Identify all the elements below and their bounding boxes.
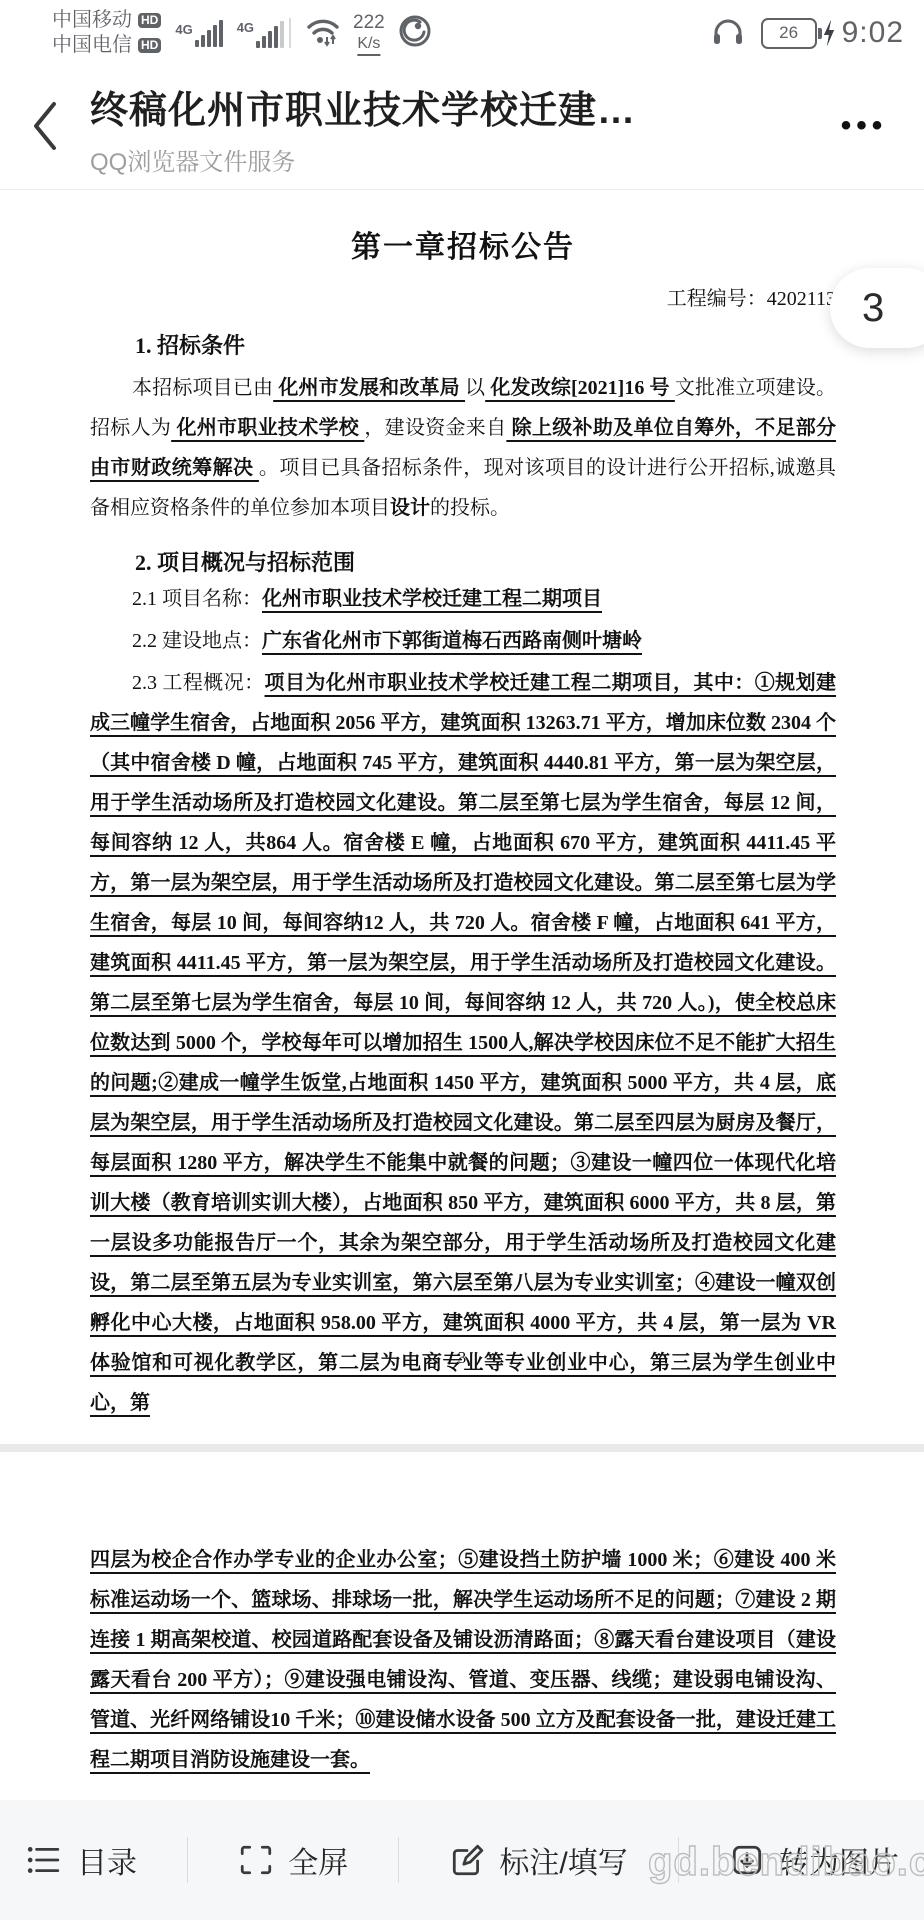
convert-to-image-label: 转为图片 — [779, 1838, 899, 1882]
toolbar-divider — [398, 1837, 399, 1883]
document-title: 终稿化州市职业技术学校迁建… — [90, 79, 804, 134]
chapter-title: 第一章招标公告 — [90, 222, 836, 266]
toc-icon — [25, 1843, 63, 1877]
toolbar-divider — [187, 1837, 188, 1883]
document-viewport[interactable]: 第一章招标公告 工程编号：4202113 1. 招标条件 本招标项目已由 化州市… — [0, 190, 924, 1800]
text-segment: 以 — [465, 377, 485, 399]
back-button[interactable] — [0, 62, 90, 189]
network-speed: 222 K/s — [353, 12, 385, 54]
screen: 中国移动 HD 中国电信 HD 4G 4G — [0, 0, 924, 1920]
charging-bolt-icon — [822, 20, 836, 46]
floating-page-number: 3 — [862, 286, 884, 331]
page-separator — [0, 1444, 924, 1452]
convert-to-image-button[interactable]: 转为图片 — [729, 1838, 899, 1882]
fullscreen-icon — [238, 1843, 274, 1877]
project-location-line: 2.2 建设地点：广东省化州市下郭街道梅石西路南侧叶塘岭 — [90, 621, 836, 661]
hd-badge: HD — [138, 38, 161, 53]
carrier1-label: 中国移动 — [52, 8, 132, 33]
carrier2-label: 中国电信 — [52, 33, 132, 58]
text-segment: ，建设资金来自 — [364, 417, 506, 439]
document-source-label: QQ浏览器文件服务 — [90, 142, 804, 177]
more-menu-button[interactable]: ••• — [804, 62, 924, 189]
toc-label: 目录 — [77, 1838, 137, 1882]
project-name-line: 2.1 项目名称：化州市职业技术学校迁建工程二期项目 — [90, 579, 836, 619]
floating-page-indicator[interactable]: 3 — [830, 268, 924, 348]
signal-bars-icon: 4G — [237, 18, 291, 48]
annotate-icon — [449, 1843, 485, 1877]
music-app-icon — [397, 13, 433, 54]
battery-percent: 26 — [779, 23, 798, 43]
document-page-2: 四层为校企合作办学专业的企业办公室；⑤建设挡土防护墙 1000 米；⑥建设 40… — [0, 1452, 924, 1800]
page-number-footer: 3 — [0, 1348, 924, 1368]
toc-button[interactable]: 目录 — [25, 1838, 137, 1882]
wifi-icon — [305, 15, 341, 52]
fullscreen-label: 全屏 — [288, 1838, 348, 1882]
tender-conditions-paragraph: 本招标项目已由 化州市发展和改革局 以 化发改综[2021]16 号 文批准立项… — [90, 368, 836, 528]
battery-indicator: 26 — [761, 18, 836, 49]
text-segment: 的投标。 — [430, 497, 510, 519]
project-number: 工程编号：4202113 — [90, 282, 836, 311]
app-header: 终稿化州市职业技术学校迁建… QQ浏览器文件服务 ••• — [0, 62, 924, 190]
hd-badge: HD — [138, 13, 161, 28]
annotate-label: 标注/填写 — [499, 1838, 627, 1882]
text-segment: 设计 — [390, 497, 430, 519]
carrier-labels: 中国移动 HD 中国电信 HD — [52, 8, 161, 58]
annotate-button[interactable]: 标注/填写 — [449, 1838, 627, 1882]
signal-bars-icon: 4G — [175, 20, 222, 47]
text-segment: 化州市职业技术学校 — [171, 417, 364, 439]
convert-to-image-icon — [729, 1843, 765, 1877]
section-2-heading: 2. 项目概况与招标范围 — [90, 546, 836, 577]
fullscreen-button[interactable]: 全屏 — [238, 1838, 348, 1882]
bottom-toolbar: 目录 全屏 标注/填写 转为 — [0, 1800, 924, 1920]
status-bar: 中国移动 HD 中国电信 HD 4G 4G — [0, 0, 924, 62]
text-segment: 化州市发展和改革局 — [273, 377, 465, 399]
project-overview-paragraph: 2.3 工程概况：项目为化州市职业技术学校迁建工程二期项目，其中：①规划建成三幢… — [90, 663, 836, 1423]
back-chevron-icon — [30, 100, 60, 152]
headphones-icon — [711, 15, 745, 52]
toolbar-divider — [678, 1837, 679, 1883]
project-overview-continued-paragraph: 四层为校企合作办学专业的企业办公室；⑤建设挡土防护墙 1000 米；⑥建设 40… — [90, 1540, 836, 1780]
section-1-heading: 1. 招标条件 — [90, 329, 836, 360]
text-segment: 化发改综[2021]16 号 — [485, 377, 675, 399]
text-segment: 本招标项目已由 — [132, 377, 273, 399]
clock-time: 9:02 — [842, 16, 904, 50]
document-page-1: 第一章招标公告 工程编号：4202113 1. 招标条件 本招标项目已由 化州市… — [0, 190, 924, 1444]
